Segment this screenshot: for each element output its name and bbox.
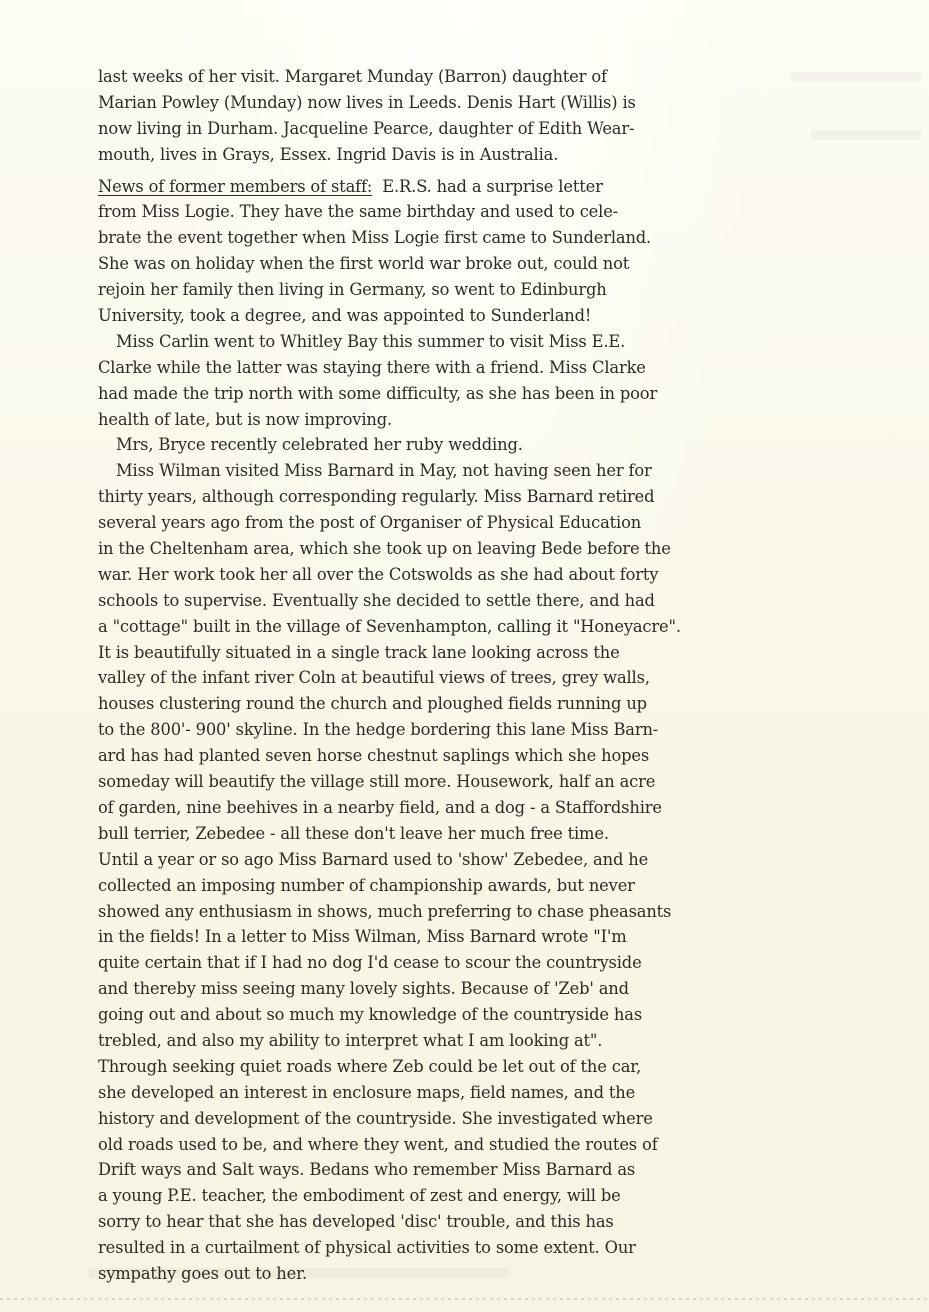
text-line: from Miss Logie. They have the same birt… xyxy=(98,199,838,225)
text-line: She was on holiday when the first world … xyxy=(98,251,838,277)
text-line: last weeks of her visit. Margaret Munday… xyxy=(98,64,838,90)
text-line: mouth, lives in Grays, Essex. Ingrid Dav… xyxy=(98,142,838,168)
text-line: brate the event together when Miss Logie… xyxy=(98,225,838,251)
paragraph-staff-news: News of former members of staff: E.R.S. … xyxy=(98,174,838,329)
text-line: going out and about so much my knowledge… xyxy=(98,1002,838,1028)
text-line: Clarke while the latter was staying ther… xyxy=(98,355,838,381)
text-line: health of late, but is now improving. xyxy=(98,407,838,433)
text-line: Mrs, Bryce recently celebrated her ruby … xyxy=(98,432,838,458)
text-line: thirty years, although corresponding reg… xyxy=(98,484,838,510)
text-line: she developed an interest in enclosure m… xyxy=(98,1080,838,1106)
text-span: E.R.S. had a surprise letter xyxy=(382,177,602,196)
text-line: had made the trip north with some diffic… xyxy=(98,381,838,407)
text-line: valley of the infant river Coln at beaut… xyxy=(98,665,838,691)
text-line: old roads used to be, and where they wen… xyxy=(98,1132,838,1158)
text-line: Until a year or so ago Miss Barnard used… xyxy=(98,847,838,873)
text-line: sympathy goes out to her. xyxy=(98,1261,838,1287)
scan-edge-artifact xyxy=(0,1298,929,1300)
text-line: in the Cheltenham area, which she took u… xyxy=(98,536,838,562)
text-line: history and development of the countrysi… xyxy=(98,1106,838,1132)
text-line: a young P.E. teacher, the embodiment of … xyxy=(98,1183,838,1209)
text-line: quite certain that if I had no dog I'd c… xyxy=(98,950,838,976)
text-line: It is beautifully situated in a single t… xyxy=(98,640,838,666)
text-line: showed any enthusiasm in shows, much pre… xyxy=(98,899,838,925)
text-line: in the fields! In a letter to Miss Wilma… xyxy=(98,924,838,950)
text-line: Marian Powley (Munday) now lives in Leed… xyxy=(98,90,838,116)
text-line: University, took a degree, and was appoi… xyxy=(98,303,838,329)
text-line: Through seeking quiet roads where Zeb co… xyxy=(98,1054,838,1080)
text-line: someday will beautify the village still … xyxy=(98,769,838,795)
text-line: bull terrier, Zebedee - all these don't … xyxy=(98,821,838,847)
scanned-page: last weeks of her visit. Margaret Munday… xyxy=(0,0,929,1312)
text-line: resulted in a curtailment of physical ac… xyxy=(98,1235,838,1261)
text-line: trebled, and also my ability to interpre… xyxy=(98,1028,838,1054)
text-line: rejoin her family then living in Germany… xyxy=(98,277,838,303)
text-line: a "cottage" built in the village of Seve… xyxy=(98,614,838,640)
document-body: last weeks of her visit. Margaret Munday… xyxy=(98,64,838,1287)
text-line: now living in Durham. Jacqueline Pearce,… xyxy=(98,116,838,142)
text-line: houses clustering round the church and p… xyxy=(98,691,838,717)
text-line: News of former members of staff: E.R.S. … xyxy=(98,174,838,200)
text-line: Miss Carlin went to Whitley Bay this sum… xyxy=(98,329,838,355)
text-line: schools to supervise. Eventually she dec… xyxy=(98,588,838,614)
paragraph-carlin: Miss Carlin went to Whitley Bay this sum… xyxy=(98,329,838,433)
text-line: of garden, nine beehives in a nearby fie… xyxy=(98,795,838,821)
text-line: Drift ways and Salt ways. Bedans who rem… xyxy=(98,1157,838,1183)
text-line: ard has had planted seven horse chestnut… xyxy=(98,743,838,769)
text-line: to the 800'- 900' skyline. In the hedge … xyxy=(98,717,838,743)
text-line: and thereby miss seeing many lovely sigh… xyxy=(98,976,838,1002)
paragraph-family-news: last weeks of her visit. Margaret Munday… xyxy=(98,64,838,168)
text-line: Miss Wilman visited Miss Barnard in May,… xyxy=(98,458,838,484)
text-line: several years ago from the post of Organ… xyxy=(98,510,838,536)
section-heading: News of former members of staff: xyxy=(98,177,372,196)
text-line: collected an imposing number of champion… xyxy=(98,873,838,899)
text-line: war. Her work took her all over the Cots… xyxy=(98,562,838,588)
text-line: sorry to hear that she has developed 'di… xyxy=(98,1209,838,1235)
paragraph-barnard: Miss Wilman visited Miss Barnard in May,… xyxy=(98,458,838,1287)
paragraph-bryce: Mrs, Bryce recently celebrated her ruby … xyxy=(98,432,838,458)
